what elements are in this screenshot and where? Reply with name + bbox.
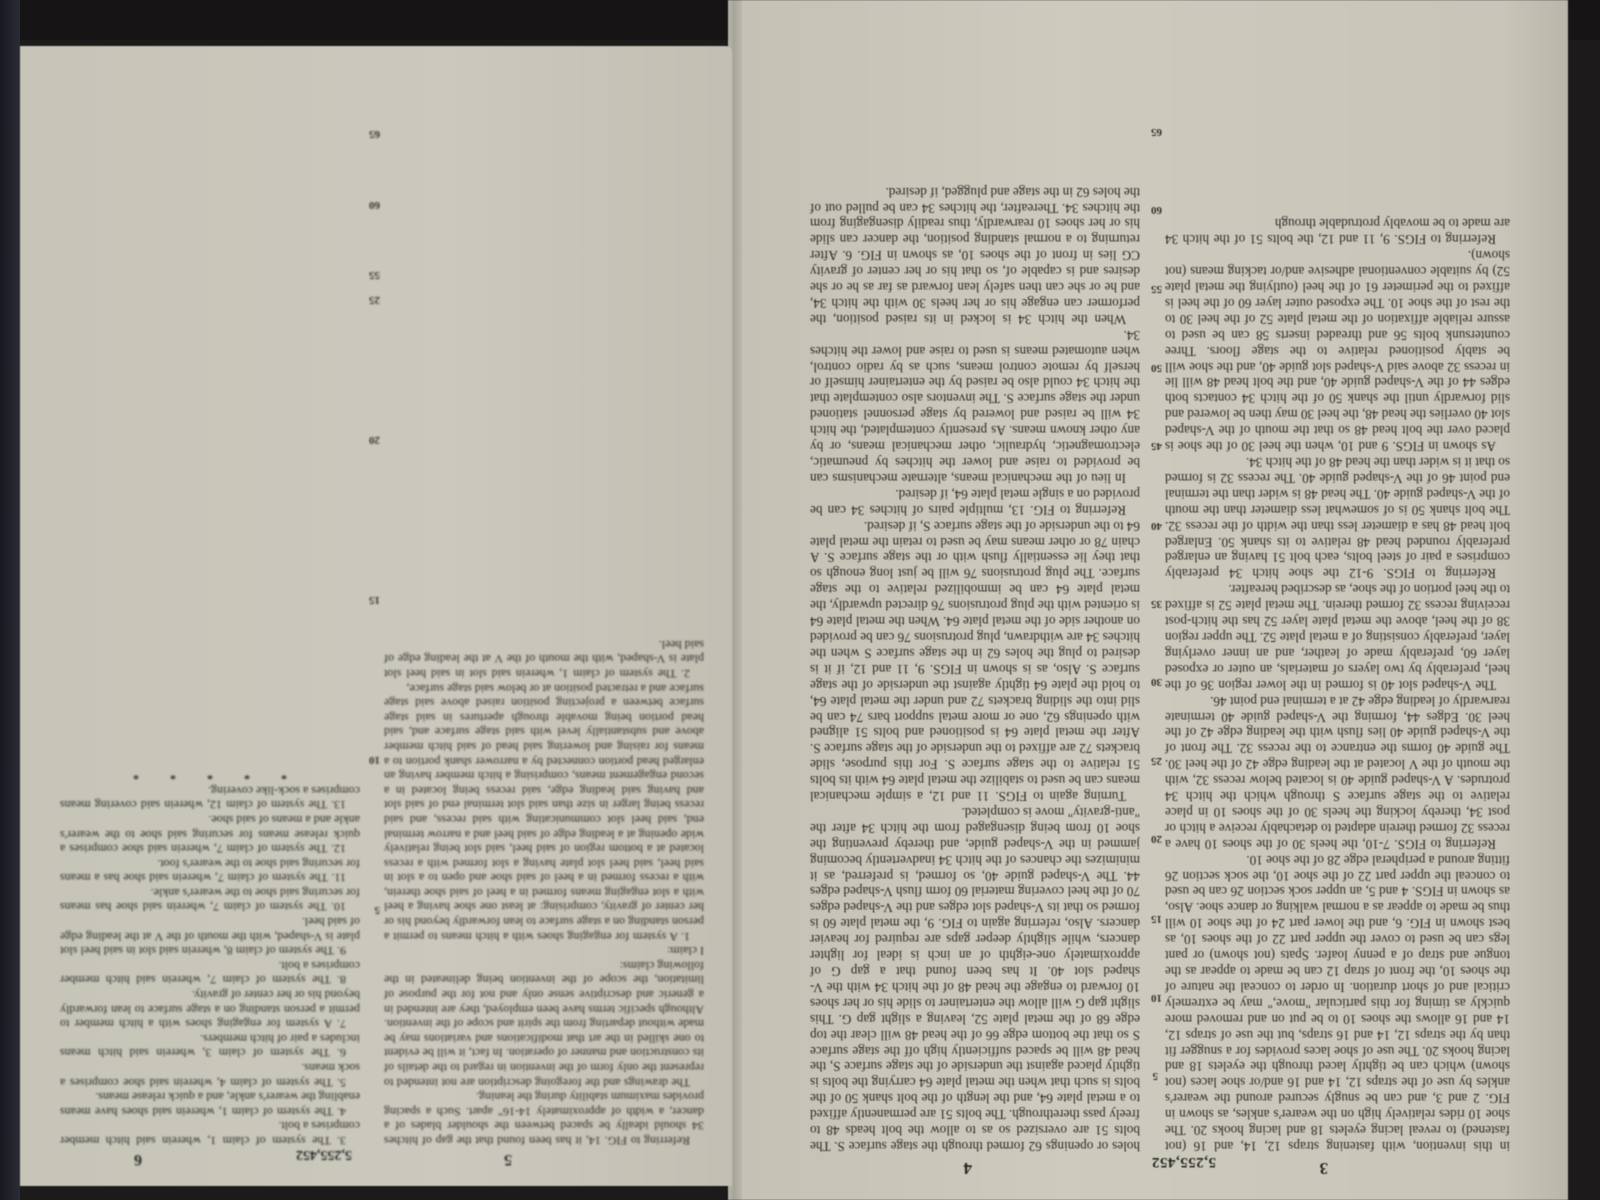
line-number: 15 [369,594,380,606]
line-number: 50 [1151,362,1162,374]
claim: 4. The system of claim 1, wherein said s… [60,1090,360,1119]
line-number: 65 [369,128,380,140]
column-number-3: 3 [1320,1158,1329,1178]
line-number: 25 [1151,755,1162,767]
paragraph: The drawings and the foregoing descripti… [384,958,704,1089]
line-number: 55 [369,269,380,281]
claim: 5. The system of claim 4, wherein said s… [60,1060,360,1089]
claim: 8. The system of claim 7, wherein said h… [60,958,360,987]
paragraph: Turning again to FIGS. 11 and 12, a simp… [810,518,1140,804]
paragraph: Referring to FIGS. 7-10, the heels 30 of… [1165,693,1510,852]
paragraph: Referring to FIG. 13, multiple pairs of … [810,486,1140,518]
line-number: 20 [369,434,380,446]
paragraph: Referring to FIGS. 9-12 the shoe hitch 3… [1165,454,1510,581]
claims-heading: I claim: [384,944,704,959]
line-number: 60 [1151,204,1162,216]
column-6-text: 3. The system of claim 1, wherein said h… [60,268,360,1148]
patent-number: 5,255,452 [1152,1153,1217,1170]
paragraph: When the hitch 34 is locked in its raise… [810,184,1140,327]
claim: 11. The system of claim 7, wherein said … [60,856,360,885]
line-number: 40 [1151,520,1162,532]
paragraph: holes or openings 62 formed through the … [810,804,1140,1154]
line-number: 20 [1151,833,1162,845]
paragraph: As shown in FIGS. 9 and 10, when the hee… [1165,247,1510,454]
line-number: 30 [1151,676,1162,688]
column-number-5: 5 [504,1150,512,1168]
line-number: 5 [1153,1070,1159,1082]
claim: 10. The system of claim 7, wherein said … [60,885,360,914]
column-number-6: 6 [134,1150,142,1168]
patent-page-columns-5-6: 5 5,255,452 6 Referring to FIG. 14, it h… [20,46,732,1186]
paragraph: In lieu of the mechanical means, alterna… [810,327,1140,486]
patent-number-right: 5,255,452 [296,1146,352,1162]
claim: 13. The system of claim 12, wherein said… [60,783,360,812]
claim: 9. The system of claim 8, wherein said s… [60,915,360,959]
claim: 2. The system of claim 1, wherein said s… [384,637,704,681]
paragraph: in this invention, with fastening straps… [1165,852,1510,1154]
column-4-text: holes or openings 62 formed through the … [810,19,1140,1154]
line-number: 45 [1151,440,1162,452]
line-number: 60 [369,199,380,211]
line-number: 15 [1151,913,1162,925]
line-number: 55 [1151,283,1162,295]
photo-scene: 3 5,255,452 4 in this invention, with fa… [0,0,1600,1200]
claim: 3. The system of claim 1, wherein said h… [60,1119,360,1148]
claim: 7. A system for engaging shoes with a hi… [60,987,360,1031]
paragraph: Referring to FIG. 14, it has been found … [384,1090,704,1148]
background-edge [0,0,20,1200]
line-number: 35 [1151,598,1162,610]
patent-page-columns-3-4: 3 5,255,452 4 in this invention, with fa… [728,0,1568,1200]
line-number: 65 [1151,126,1162,138]
column-number-4: 4 [964,1158,973,1178]
end-of-document-marker: * * * * * [60,769,360,784]
claim: 6. The system of claim 3, wherein said h… [60,1031,360,1060]
claim: 12. The system of claim 7, wherein said … [60,812,360,856]
line-number: 25 [369,294,380,306]
line-number: 10 [1151,992,1162,1004]
paragraph: The V-shaped slot 40 is formed in the lo… [1165,581,1510,692]
line-number: 5 [375,904,381,916]
line-number: 10 [369,754,380,766]
column-5-text: Referring to FIG. 14, it has been found … [384,188,704,1148]
claim: 1. A system for engaging shoes with a hi… [384,681,704,944]
column-3-text: in this invention, with fastening straps… [1165,19,1510,1154]
paragraph: Referring to FIGS. 9, 11 and 12, the bol… [1165,216,1510,248]
